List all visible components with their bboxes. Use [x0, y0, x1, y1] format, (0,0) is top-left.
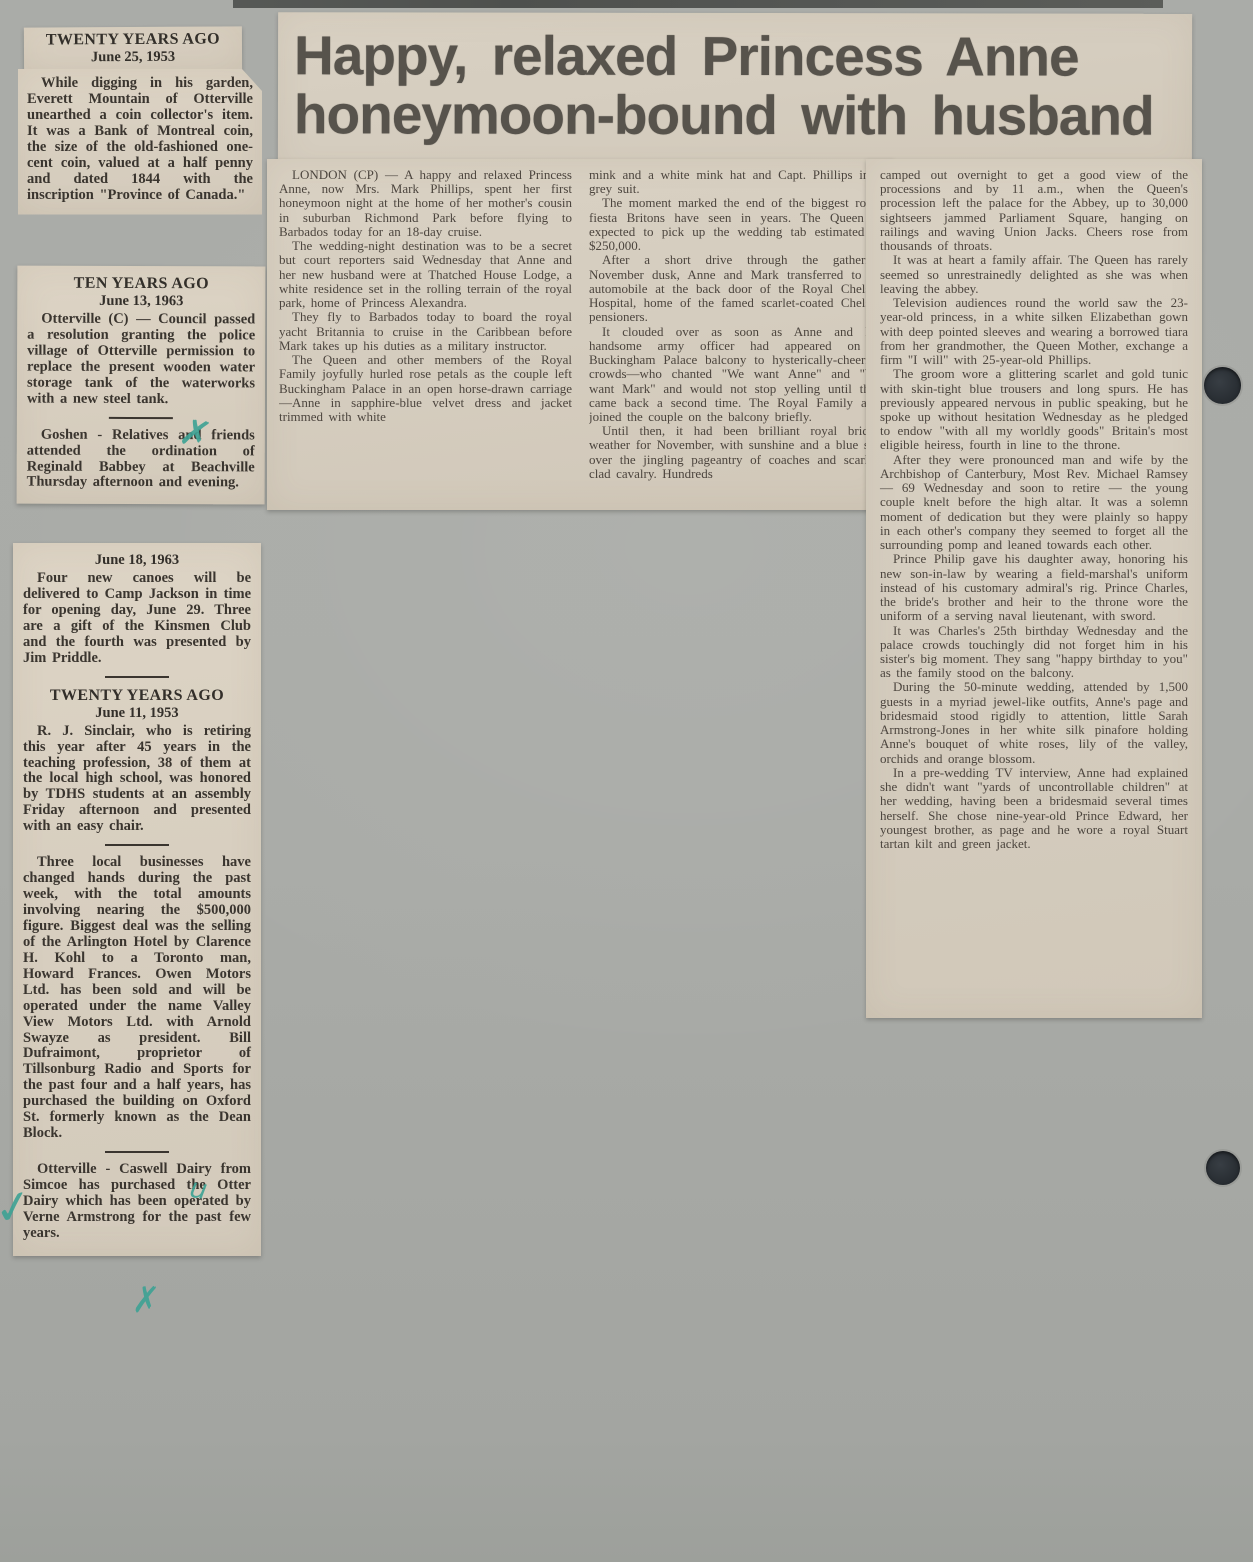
- article-paragraph: mink and a white mink hat and Capt. Phil…: [589, 168, 882, 196]
- article-paragraph: In a pre-wedding TV interview, Anne had …: [880, 766, 1188, 851]
- headline-line-2: honeymoon-bound with husband: [294, 86, 1176, 147]
- section-divider: [105, 1151, 169, 1153]
- scrapbook-page: TWENTY YEARS AGO June 25, 1953 While dig…: [0, 0, 1253, 1562]
- article-paragraph: They fly to Barbados today to board the …: [279, 310, 572, 353]
- section-divider: [105, 844, 169, 846]
- article-paragraph: Prince Philip gave his daughter away, ho…: [880, 552, 1188, 623]
- article-paragraph: camped out overnight to get a good view …: [880, 168, 1188, 253]
- article-paragraph: During the 50-minute wedding, attended b…: [880, 680, 1188, 765]
- article-paragraph: It clouded over as soon as Anne and her …: [589, 325, 882, 425]
- clipping-paragraph: R. J. Sinclair, who is retiring this yea…: [23, 724, 251, 836]
- clipping-twenty-years-1953-body: While digging in his garden, Everett Mou…: [18, 69, 262, 215]
- clipping-looking-back-long: June 18, 1963 Four new canoes will be de…: [13, 543, 261, 1256]
- clipping-title: TEN YEARS AGO: [27, 275, 255, 294]
- article-column-2: mink and a white mink hat and Capt. Phil…: [589, 168, 882, 501]
- clipping-date: June 13, 1963: [27, 293, 255, 311]
- clipping-paragraph: While digging in his garden, Everett Mou…: [27, 76, 253, 204]
- article-paragraph: It was at heart a family affair. The Que…: [880, 253, 1188, 296]
- clipping-paragraph: Four new canoes will be delivered to Cam…: [23, 571, 251, 667]
- page-top-edge-shadow: [233, 0, 1163, 8]
- clipping-title: TWENTY YEARS AGO: [26, 30, 240, 49]
- clipping-twenty-years-1953-title: TWENTY YEARS AGO June 25, 1953: [24, 26, 242, 73]
- pen-x-mark-icon: ✗: [131, 1277, 161, 1323]
- hole-punch-bottom: [1206, 1151, 1240, 1185]
- clipping-date: June 25, 1953: [26, 48, 240, 66]
- article-paragraph: It was Charles's 25th birthday Wednesday…: [880, 624, 1188, 681]
- article-column-1: LONDON (CP) — A happy and relaxed Prince…: [279, 168, 572, 501]
- section-divider: [105, 676, 169, 678]
- article-paragraph: Until then, it had been brilliant royal …: [589, 424, 882, 481]
- clipping-paragraph: Three local businesses have changed hand…: [23, 855, 251, 1142]
- clipping-paragraph: Otterville - Caswell Dairy from Simcoe h…: [23, 1162, 251, 1242]
- article-paragraph: The wedding-night destination was to be …: [279, 239, 572, 310]
- article-paragraph: After they were pronounced man and wife …: [880, 453, 1188, 553]
- article-paragraph: The Queen and other members of the Royal…: [279, 353, 572, 424]
- clipping-paragraph: Goshen - Relatives and friends attended …: [27, 427, 255, 492]
- hole-punch-top: [1204, 367, 1241, 404]
- article-headline-clipping: Happy, relaxed Princess Anne honeymoon-b…: [278, 12, 1192, 177]
- article-paragraph: The moment marked the end of the biggest…: [589, 196, 882, 253]
- article-paragraph: Television audiences round the world saw…: [880, 296, 1188, 367]
- section-divider: [109, 417, 173, 419]
- clipping-date: June 18, 1963: [23, 552, 251, 569]
- article-paragraph: The groom wore a glittering scarlet and …: [880, 367, 1188, 452]
- clipping-title: TWENTY YEARS AGO: [23, 687, 251, 705]
- article-body-columns-1-2: LONDON (CP) — A happy and relaxed Prince…: [267, 159, 894, 510]
- clipping-paragraph: Otterville (C) — Council passed a resolu…: [27, 312, 255, 408]
- clipping-ten-years-1963: TEN YEARS AGO June 13, 1963 Otterville (…: [17, 266, 266, 505]
- article-paragraph: After a short drive through the gatherin…: [589, 253, 882, 324]
- clipping-date: June 11, 1953: [23, 705, 251, 722]
- article-body-column-3: camped out overnight to get a good view …: [866, 159, 1202, 1018]
- headline-line-1: Happy, relaxed Princess Anne: [294, 26, 1176, 87]
- article-paragraph: LONDON (CP) — A happy and relaxed Prince…: [279, 168, 572, 239]
